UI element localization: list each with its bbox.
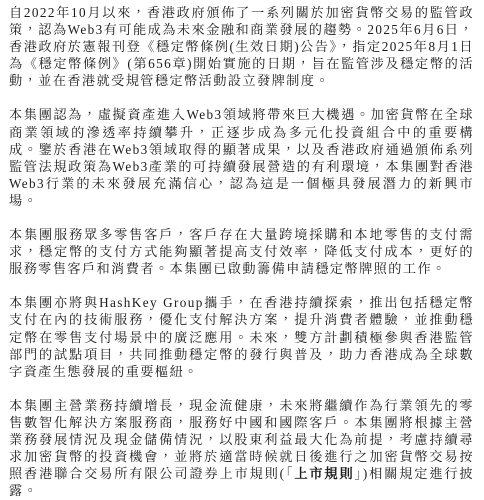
paragraph-business-outlook: 本集團主營業務持續增長，現金流健康，未來將繼續作為行業領先的零售數智化解決方案服… xyxy=(9,397,474,500)
paragraph-retail-payment-licence: 本集團服務眾多零售客戶，客戶存在大量跨境採購和本地零售的支付需求，穩定幣的支付方… xyxy=(9,226,474,277)
paragraph-regulatory-policy: 自2022年10月以來，香港政府頒佈了一系列關於加密貨幣交易的監管政策，認為We… xyxy=(9,4,474,89)
listing-rules-term: 上市規則 xyxy=(294,466,354,481)
announcement-document: 自2022年10月以來，香港政府頒佈了一系列關於加密貨幣交易的監管政策，認為We… xyxy=(0,0,484,500)
paragraph-web3-opportunity: 本集團認為，虛擬資產進入Web3領域將帶來巨大機遇。加密貨幣在全球商業領域的滲透… xyxy=(9,106,474,209)
paragraph-hashkey-cooperation: 本集團亦將與HashKey Group攜手，在香港持續探索，推出包括穩定幣支付在… xyxy=(9,294,474,379)
